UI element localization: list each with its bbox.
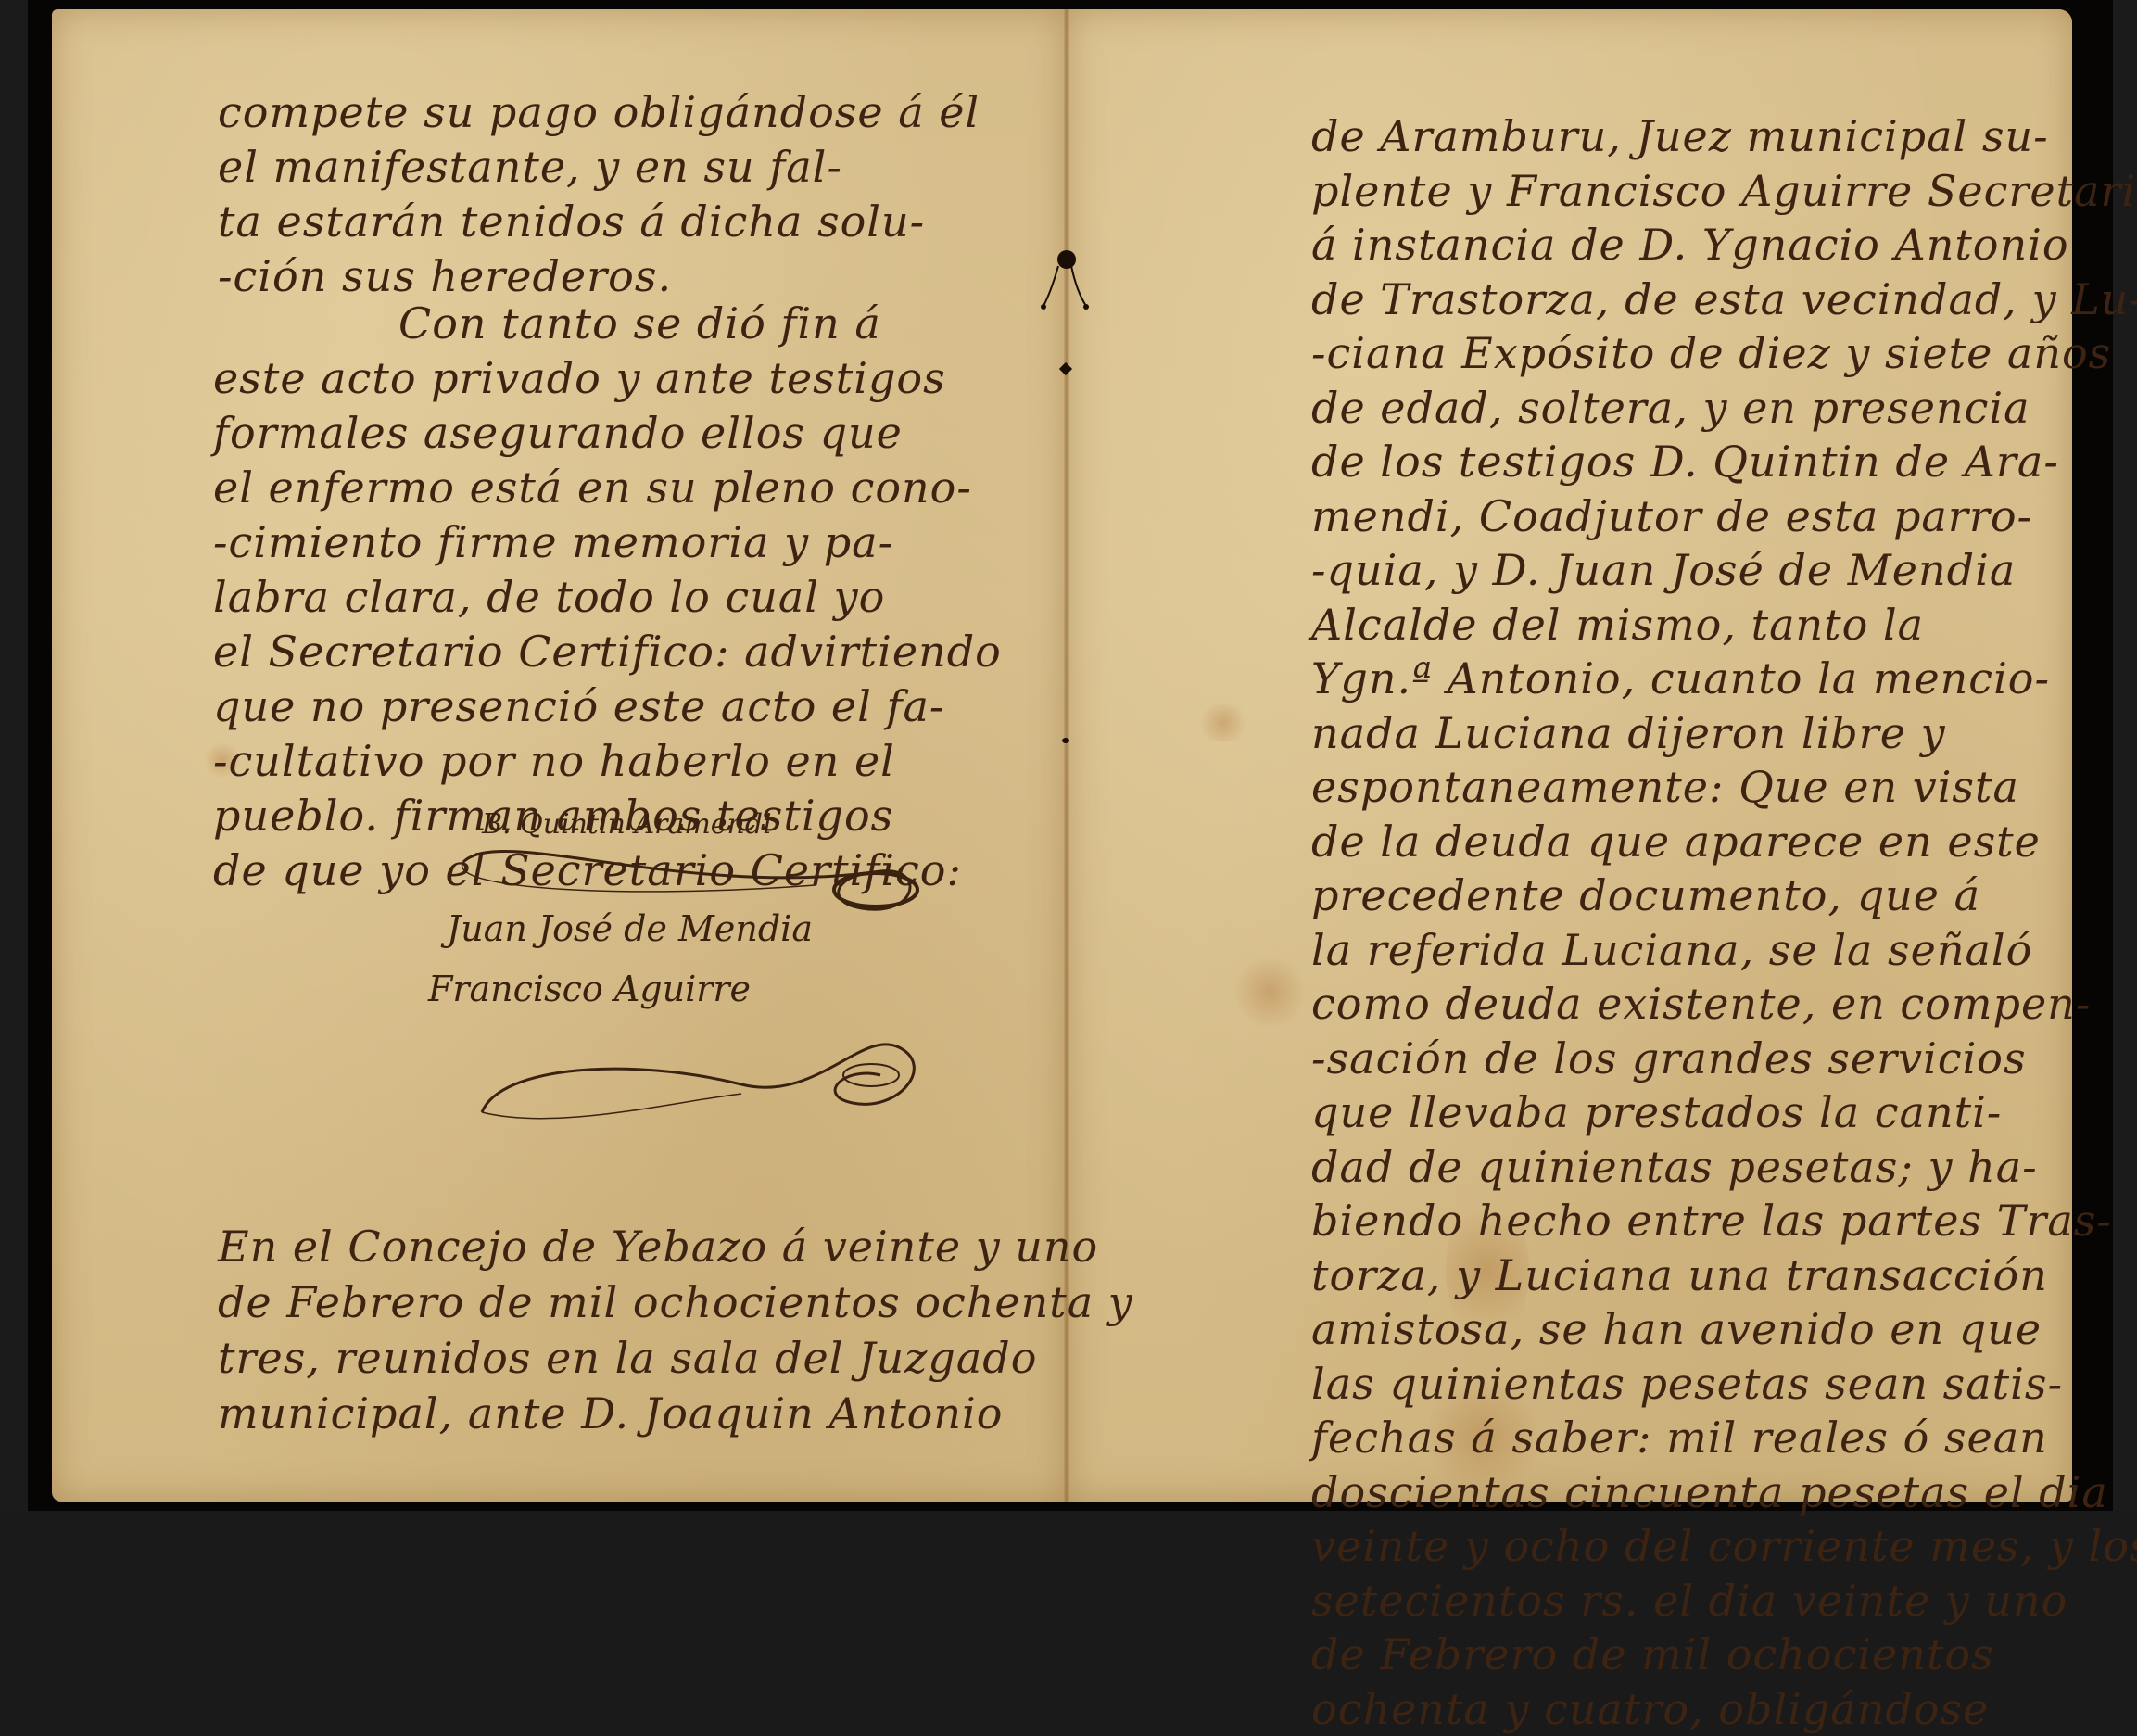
left-paragraph-1: compete su pago obligándose á él el mani… (218, 85, 980, 304)
text-line: de edad, soltera, y en presencia (1311, 381, 2137, 436)
signature-aguirre: Francisco Aguirre (428, 969, 751, 1009)
text-line: de que yo el Secretario Certifico: (213, 843, 1002, 898)
text-line: -sación de los grandes servicios (1311, 1032, 2137, 1086)
text-line: ta estarán tenidos á dicha solu- (218, 195, 980, 249)
text-line: fechas á saber: mil reales ó sean (1311, 1411, 2137, 1465)
text-line: de la deuda que aparece en este (1311, 815, 2137, 869)
text-line: -quia, y D. Juan José de Mendia (1311, 543, 2137, 598)
text-line: Con tanto se dió fin á (213, 297, 1002, 351)
text-line: torza, y Luciana una transacción (1311, 1248, 2137, 1303)
text-line: el Secretario Certifico: advirtiendo (213, 625, 1002, 679)
left-paragraph-3: En el Concejo de Yebazo á veinte y uno d… (218, 1219, 1133, 1441)
right-page-body: de Aramburu, Juez municipal su- plente y… (1311, 109, 2137, 1511)
text-line: precedente documento, que á (1311, 868, 2137, 923)
text-line: que llevaba prestados la canti- (1311, 1085, 2137, 1140)
text-line: biendo hecho entre las partes Tras- (1311, 1194, 2137, 1248)
text-line: de Aramburu, Juez municipal su- (1311, 109, 2137, 164)
text-line: como deuda existente, en compen- (1311, 977, 2137, 1032)
text-line: de Febrero de mil ochocientos ochenta y (218, 1274, 1133, 1330)
text-line: que no presenció este acto el fa- (213, 679, 1002, 734)
text-line: nada Luciana dijeron libre y (1311, 706, 2137, 761)
text-line: -cultativo por no haberlo en el (213, 734, 1002, 789)
text-line: amistosa, se han avenido en que (1311, 1302, 2137, 1357)
signature-aramendi: B. Quintin Aramendi (482, 808, 772, 841)
text-line: tres, reunidos en la sala del Juzgado (218, 1330, 1133, 1386)
text-line: labra clara, de todo lo cual yo (213, 570, 1002, 625)
text-line: Ygn.ª Antonio, cuanto la mencio- (1311, 652, 2137, 706)
text-line: -ciana Expósito de diez y siete años (1311, 326, 2137, 381)
text-line: el enfermo está en su pleno cono- (213, 461, 1002, 515)
text-line: de Trastorza, de esta vecindad, y Lu- (1311, 272, 2137, 327)
paper-stain (1233, 955, 1307, 1029)
text-line: dad de quinientas pesetas; y ha- (1311, 1140, 2137, 1195)
text-line: de los testigos D. Quintin de Ara- (1311, 435, 2137, 489)
text-line: mendi, Coadjutor de esta parro- (1311, 489, 2137, 544)
text-line: espontaneamente: Que en vista (1311, 760, 2137, 815)
text-line: plente y Francisco Aguirre Secretario, (1311, 164, 2137, 219)
text-line: municipal, ante D. Joaquin Antonio (218, 1386, 1133, 1441)
text-line: la referida Luciana, se la señaló (1311, 923, 2137, 978)
ink-blot (1062, 738, 1069, 743)
text-line: doscientas cincuenta pesetas el dia (1311, 1465, 2137, 1512)
text-line: compete su pago obligándose á él (218, 85, 980, 140)
signature-mendia: Juan José de Mendia (447, 908, 813, 949)
text-line: este acto privado y ante testigos (213, 351, 1002, 406)
text-line: á instancia de D. Ygnacio Antonio (1311, 218, 2137, 272)
text-line: En el Concejo de Yebazo á veinte y uno (218, 1219, 1133, 1274)
ink-blot (1057, 250, 1076, 269)
text-line: las quinientas pesetas sean satis- (1311, 1357, 2137, 1412)
text-line: formales asegurando ellos que (213, 406, 1002, 461)
text-line: el manifestante, y en su fal- (218, 140, 980, 195)
paper-stain (1195, 704, 1251, 741)
text-line: -cimiento firme memoria y pa- (213, 515, 1002, 570)
text-line: Alcalde del mismo, tanto la (1311, 598, 2137, 653)
